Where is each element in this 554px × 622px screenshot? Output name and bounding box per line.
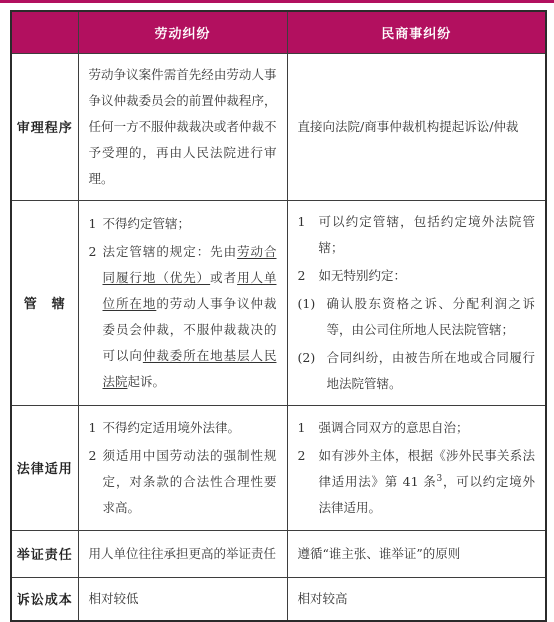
paragraph-text: 如有涉外主体，根据《涉外民事关系法律适用法》第 41 条3，可以约定境外法律适用…: [319, 443, 536, 521]
header-empty-cell: [11, 11, 78, 53]
top-accent-bar: [0, 0, 554, 3]
row-label: 管 辖: [11, 200, 78, 405]
cell-labor: 用人单位往往承担更高的举证责任: [78, 530, 287, 577]
text-run: 或者: [210, 270, 237, 285]
paragraph: 1强调合同双方的意思自治；: [298, 415, 536, 441]
table-body: 审理程序劳动争议案件需首先经由劳动人事争议仲裁委员会的前置仲裁程序，任何一方不服…: [11, 53, 546, 621]
cell-civil-commercial: 1可以约定管辖，包括约定境外法院管辖；2如无特别约定：(1)确认股东资格之诉、分…: [287, 200, 546, 405]
text-run: 劳动争议案件需首先经由劳动人事争议仲裁委员会的前置仲裁程序，任何一方不服仲裁裁决…: [89, 67, 277, 186]
header-labor-dispute: 劳动纠纷: [78, 11, 287, 53]
row-label: 审理程序: [11, 53, 78, 200]
cell-labor: 1不得约定适用境外法律。2须适用中国劳动法的强制性规定，对条款的合法性合理性要求…: [78, 405, 287, 530]
cell-civil-commercial: 直接向法院/商事仲裁机构提起诉讼/仲裁: [287, 53, 546, 200]
paragraph-text: 强调合同双方的意思自治；: [319, 415, 536, 441]
item-marker: 1: [298, 209, 319, 235]
text-run: 须适用中国劳动法的强制性规定，对条款的合法性合理性要求高。: [103, 448, 277, 515]
item-marker: 2: [298, 263, 319, 289]
paragraph-text: 遵循“谁主张、谁举证”的原则: [298, 541, 536, 567]
text-run: 起诉。: [128, 374, 166, 389]
text-run: 不得约定管辖；: [103, 216, 191, 231]
paragraph: 用人单位往往承担更高的举证责任: [89, 541, 277, 567]
paragraph-text: 相对较低: [89, 586, 277, 612]
table-row: 诉讼成本相对较低相对较高: [11, 577, 546, 621]
text-run: 相对较高: [298, 591, 348, 606]
paragraph: 相对较高: [298, 586, 536, 612]
paragraph: 1可以约定管辖，包括约定境外法院管辖；: [298, 209, 536, 261]
paragraph: 1不得约定管辖；: [89, 211, 277, 237]
row-label: 举证责任: [11, 530, 78, 577]
paragraph-text: 用人单位往往承担更高的举证责任: [89, 541, 277, 567]
header-civil-commercial-dispute: 民商事纠纷: [287, 11, 546, 53]
row-label: 法律适用: [11, 405, 78, 530]
paragraph: 遵循“谁主张、谁举证”的原则: [298, 541, 536, 567]
text-run: 强调合同双方的意思自治；: [319, 420, 469, 435]
paragraph-text: 须适用中国劳动法的强制性规定，对条款的合法性合理性要求高。: [103, 443, 277, 521]
table-row: 审理程序劳动争议案件需首先经由劳动人事争议仲裁委员会的前置仲裁程序，任何一方不服…: [11, 53, 546, 200]
paragraph: 2须适用中国劳动法的强制性规定，对条款的合法性合理性要求高。: [89, 443, 277, 521]
text-run: 合同纠纷，由被告所在地或合同履行地法院管辖。: [327, 350, 536, 391]
text-run: 可以约定管辖，包括约定境外法院管辖；: [319, 214, 536, 255]
text-run: 遵循“谁主张、谁举证”的原则: [298, 546, 461, 561]
paragraph-text: 合同纠纷，由被告所在地或合同履行地法院管辖。: [327, 345, 536, 397]
paragraph-text: 不得约定适用境外法律。: [103, 415, 277, 441]
paragraph-text: 确认股东资格之诉、分配利润之诉等，由公司住所地人民法院管辖；: [327, 291, 536, 343]
paragraph-text: 相对较高: [298, 586, 536, 612]
paragraph: 劳动争议案件需首先经由劳动人事争议仲裁委员会的前置仲裁程序，任何一方不服仲裁裁决…: [89, 62, 277, 192]
row-label: 诉讼成本: [11, 577, 78, 621]
paragraph: 2如有涉外主体，根据《涉外民事关系法律适用法》第 41 条3，可以约定境外法律适…: [298, 443, 536, 521]
text-run: 如无特别约定：: [319, 268, 407, 283]
text-run: 法定管辖的规定：先由: [103, 244, 238, 259]
paragraph-text: 不得约定管辖；: [103, 211, 277, 237]
paragraph-text: 劳动争议案件需首先经由劳动人事争议仲裁委员会的前置仲裁程序，任何一方不服仲裁裁决…: [89, 62, 277, 192]
text-run: 直接向法院/商事仲裁机构提起诉讼/仲裁: [298, 119, 519, 134]
cell-labor: 劳动争议案件需首先经由劳动人事争议仲裁委员会的前置仲裁程序，任何一方不服仲裁裁决…: [78, 53, 287, 200]
item-marker: 1: [298, 415, 319, 441]
cell-labor: 1不得约定管辖；2法定管辖的规定：先由劳动合同履行地（优先）或者用人单位所在地的…: [78, 200, 287, 405]
table-row: 法律适用1不得约定适用境外法律。2须适用中国劳动法的强制性规定，对条款的合法性合…: [11, 405, 546, 530]
cell-labor: 相对较低: [78, 577, 287, 621]
cell-civil-commercial: 1强调合同双方的意思自治；2如有涉外主体，根据《涉外民事关系法律适用法》第 41…: [287, 405, 546, 530]
cell-civil-commercial: 相对较高: [287, 577, 546, 621]
comparison-table: 劳动纠纷 民商事纠纷 审理程序劳动争议案件需首先经由劳动人事争议仲裁委员会的前置…: [10, 10, 547, 622]
item-marker: 2: [89, 239, 103, 265]
text-run: 确认股东资格之诉、分配利润之诉等，由公司住所地人民法院管辖；: [327, 296, 536, 337]
paragraph: (2)合同纠纷，由被告所在地或合同履行地法院管辖。: [298, 345, 536, 397]
paragraph: 直接向法院/商事仲裁机构提起诉讼/仲裁: [298, 114, 536, 140]
paragraph: 1不得约定适用境外法律。: [89, 415, 277, 441]
paragraph: 2如无特别约定：: [298, 263, 536, 289]
paragraph-text: 直接向法院/商事仲裁机构提起诉讼/仲裁: [298, 114, 536, 140]
table-row: 管 辖1不得约定管辖；2法定管辖的规定：先由劳动合同履行地（优先）或者用人单位所…: [11, 200, 546, 405]
text-run: 相对较低: [89, 591, 139, 606]
item-marker: (2): [298, 345, 327, 371]
text-run: 用人单位往往承担更高的举证责任: [89, 546, 277, 561]
item-marker: 1: [89, 211, 103, 237]
item-marker: (1): [298, 291, 327, 317]
paragraph: 相对较低: [89, 586, 277, 612]
text-run: 不得约定适用境外法律。: [103, 420, 241, 435]
item-marker: 2: [298, 443, 319, 469]
paragraph-text: 可以约定管辖，包括约定境外法院管辖；: [319, 209, 536, 261]
item-marker: 2: [89, 443, 103, 469]
paragraph: (1)确认股东资格之诉、分配利润之诉等，由公司住所地人民法院管辖；: [298, 291, 536, 343]
paragraph: 2法定管辖的规定：先由劳动合同履行地（优先）或者用人单位所在地的劳动人事争议仲裁…: [89, 239, 277, 395]
header-row: 劳动纠纷 民商事纠纷: [11, 11, 546, 53]
table-row: 举证责任用人单位往往承担更高的举证责任遵循“谁主张、谁举证”的原则: [11, 530, 546, 577]
paragraph-text: 法定管辖的规定：先由劳动合同履行地（优先）或者用人单位所在地的劳动人事争议仲裁委…: [103, 239, 277, 395]
cell-civil-commercial: 遵循“谁主张、谁举证”的原则: [287, 530, 546, 577]
item-marker: 1: [89, 415, 103, 441]
paragraph-text: 如无特别约定：: [319, 263, 536, 289]
